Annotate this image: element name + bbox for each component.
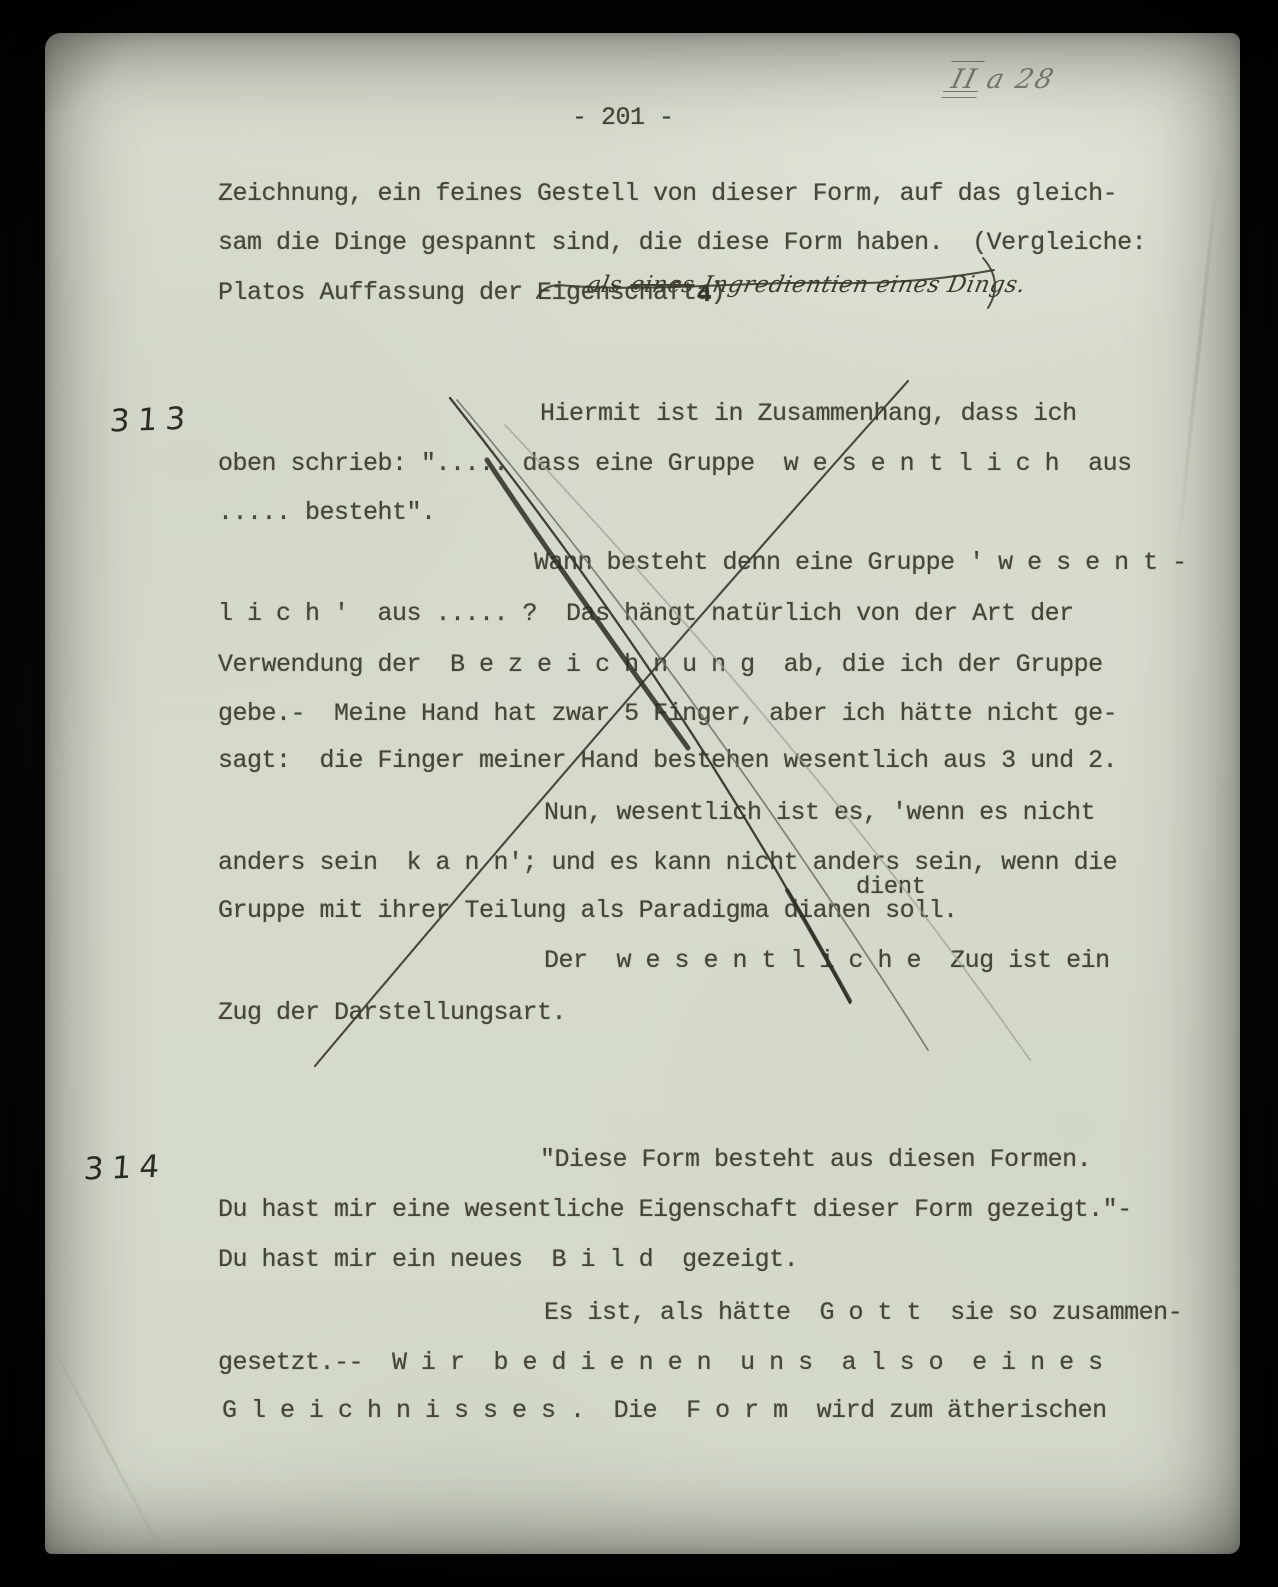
typed-line: ..... besteht". (218, 500, 436, 525)
insertion-phrase: Ingredientien eines Dings. (701, 272, 1028, 298)
typed-line: oben schrieb: "..... dass eine Gruppe w … (218, 451, 1132, 476)
typed-line-eigenschaft: Platos Auffassung der Eigenschafta4) (218, 280, 725, 305)
paper-crease (37, 1319, 176, 1576)
typed-line: l i c h ' aus ..... ? Das hängt natürlic… (218, 601, 1074, 626)
typed-line: Wann besteht denn eine Gruppe ' w e s e … (534, 550, 1187, 575)
typed-line: Du hast mir eine wesentliche Eigenschaft… (218, 1197, 1132, 1222)
paper-crease (1173, 154, 1222, 582)
archive-mark-roman: II (946, 64, 983, 95)
overstrike-character: a4 (697, 280, 711, 305)
overstrike-over: 4 (697, 282, 712, 307)
typed-line: anders sein k a n n'; und es kann nicht … (218, 850, 1117, 875)
typed-line: Gruppe mit ihrer Teilung als Paradigma d… (218, 898, 958, 923)
margin-remark-number-313: 313 (109, 401, 195, 440)
typed-line: G l e i c h n i s s e s . Die F o r m wi… (222, 1398, 1107, 1423)
photographed-typescript-page: II a 28 - 201 - Zeichnung, ein feines Ge… (0, 0, 1278, 1587)
typed-line: gebe.- Meine Hand hat zwar 5 Finger, abe… (218, 701, 1117, 726)
typed-line: gesetzt.-- W i r b e d i e n e n u n s a… (218, 1350, 1103, 1375)
margin-remark-number-314: 314 (83, 1149, 169, 1188)
typed-line: Der w e s e n t l i c h e Zug ist ein (544, 948, 1110, 973)
typed-line: Hiermit ist in Zusammenhang, dass ich (540, 401, 1077, 426)
typed-line: sagt: die Finger meiner Hand bestehen we… (218, 748, 1117, 773)
line-text: Platos Auffassung der Eigenschaft (218, 278, 697, 307)
archive-mark: II a 28 (946, 64, 1058, 95)
typed-line: "Diese Form besteht aus diesen Formen. (540, 1147, 1091, 1172)
typed-line: Zeichnung, ein feines Gestell von dieser… (218, 181, 1117, 206)
paper-corner-fold (45, 33, 140, 111)
archive-mark-rest: a 28 (983, 64, 1058, 95)
line-text: ) (711, 278, 726, 307)
typed-line: Zug der Darstellungsart. (218, 1000, 566, 1025)
page-number: - 201 - (572, 105, 674, 130)
typed-line: Verwendung der B e z e i c h n u n g ab,… (218, 652, 1103, 677)
typed-line: Nun, wesentlich ist es, 'wenn es nicht (544, 800, 1095, 825)
typed-line: Es ist, als hätte G o t t sie so zusamme… (544, 1300, 1182, 1325)
typed-line: Du hast mir ein neues B i l d gezeigt. (218, 1247, 798, 1272)
